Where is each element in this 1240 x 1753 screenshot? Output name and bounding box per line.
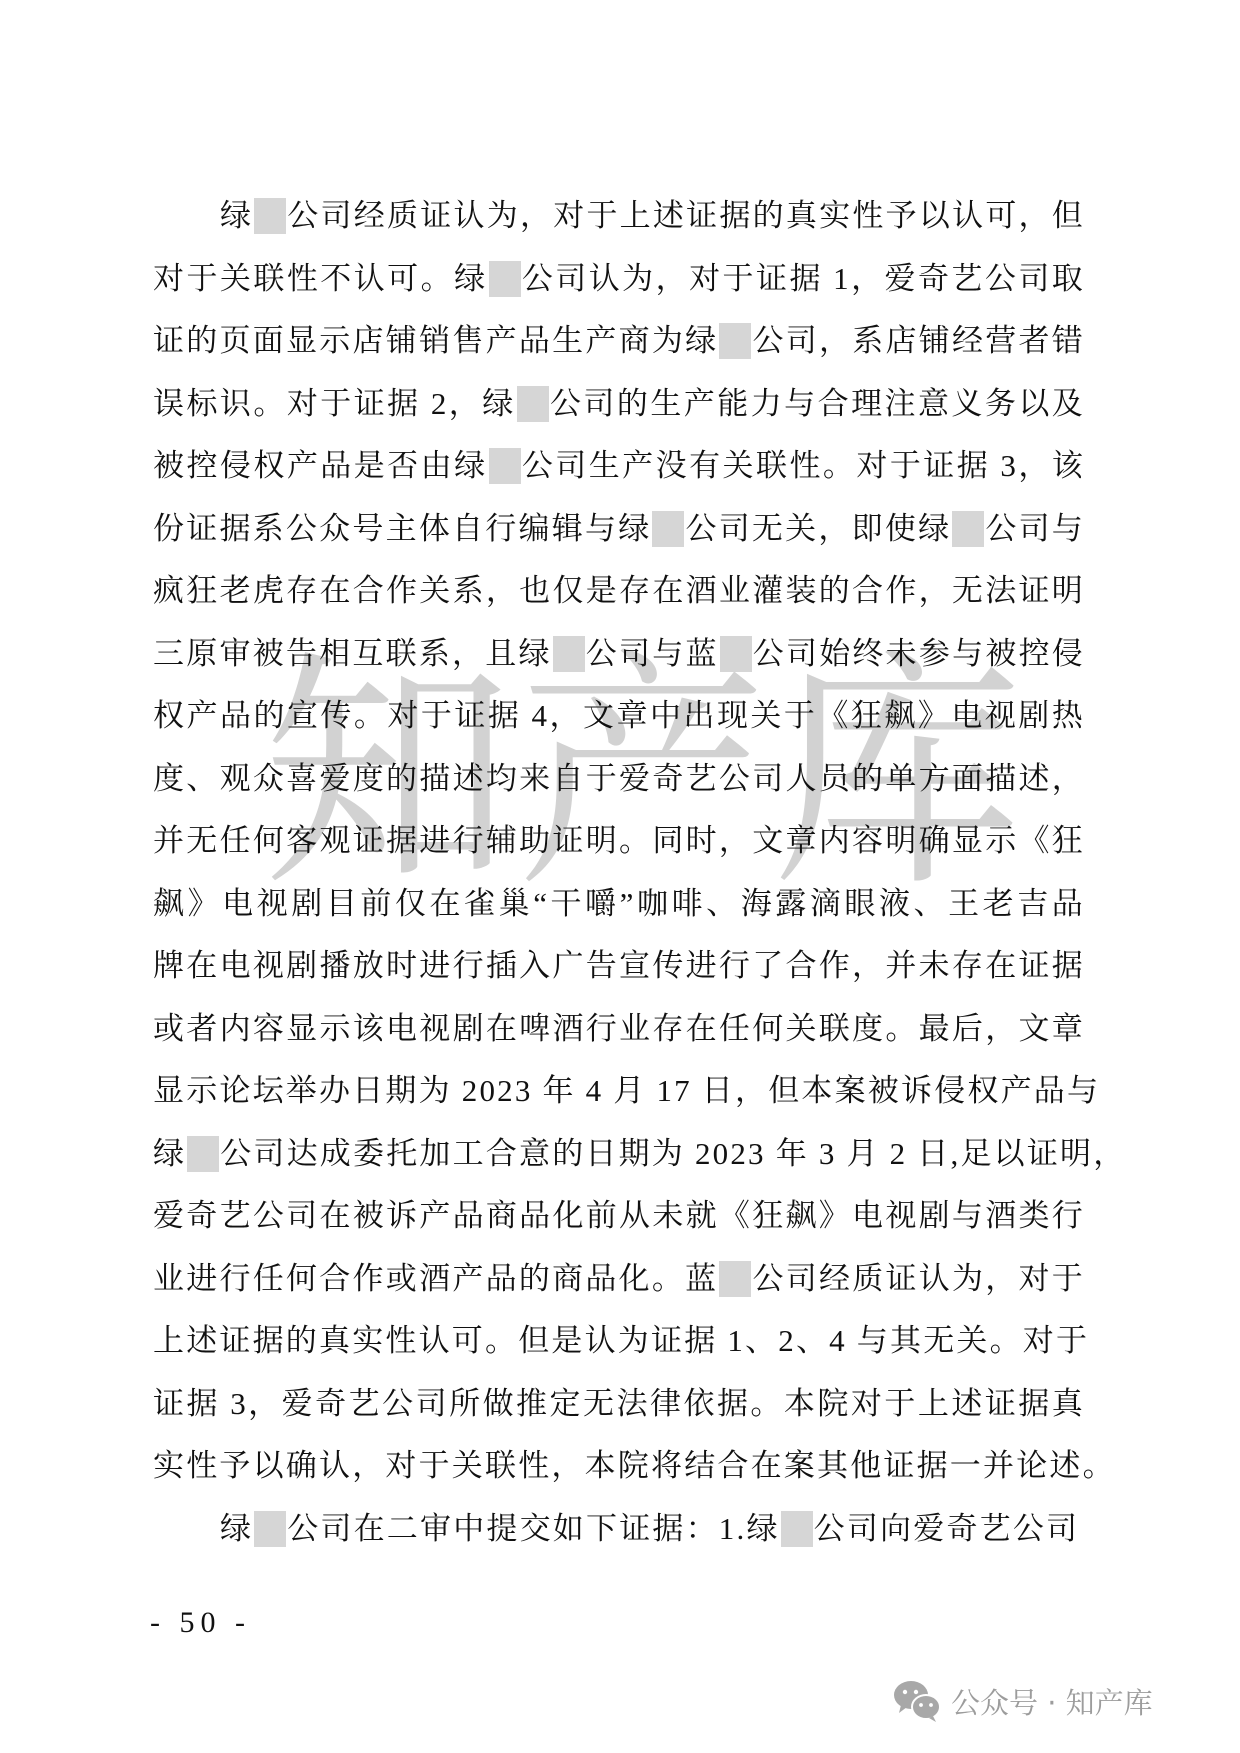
text-line: 绿公司达成委托加工合意的日期为 2023 年 3 月 2 日,足以证明， [153, 1123, 1085, 1186]
text-segment: 公司经质证认为，对于 [752, 1261, 1085, 1296]
text-line: 牌在电视剧播放时进行插入广告宣传进行了合作，并未存在证据 [153, 935, 1085, 998]
text-line: 飙》电视剧目前仅在雀巢“干嚼”咖啡、海露滴眼液、王老吉品 [153, 873, 1085, 936]
text-line: 份证据系公众号主体自行编辑与绿公司无关，即使绿公司与 [153, 498, 1085, 561]
text-segment: 疯狂老虎存在合作关系，也仅是存在酒业灌装的合作，无法证明 [153, 573, 1085, 608]
text-segment: 公司达成委托加工合意的日期为 2023 年 3 月 2 日,足以证明， [220, 1136, 1126, 1171]
text-segment: 公司向爱奇艺公司 [814, 1511, 1080, 1546]
redaction-block [952, 511, 984, 547]
text-segment: 公司的生产能力与合理注意义务以及 [550, 386, 1085, 421]
text-line: 实性予以确认，对于关联性，本院将结合在案其他证据一并论述。 [153, 1435, 1085, 1498]
text-segment: 公司，系店铺经营者错 [752, 323, 1085, 358]
redaction-block [517, 386, 549, 422]
redaction-block [187, 1136, 219, 1172]
text-line: 爱奇艺公司在被诉产品商品化前从未就《狂飙》电视剧与酒类行 [153, 1185, 1085, 1248]
text-line: 疯狂老虎存在合作关系，也仅是存在酒业灌装的合作，无法证明 [153, 560, 1085, 623]
text-segment: 绿 [153, 1136, 186, 1171]
text-line: 业进行任何合作或酒产品的商品化。蓝公司经质证认为，对于 [153, 1248, 1085, 1311]
text-line: 绿公司在二审中提交如下证据：1.绿公司向爱奇艺公司 [153, 1498, 1085, 1561]
text-line: 证的页面显示店铺销售产品生产商为绿公司，系店铺经营者错 [153, 310, 1085, 373]
redaction-block [781, 1511, 813, 1547]
text-segment: 公司与蓝 [586, 636, 719, 671]
text-line: 并无任何客观证据进行辅助证明。同时，文章内容明确显示《狂 [153, 810, 1085, 873]
text-segment: 显示论坛举办日期为 2023 年 4 月 17 日，但本案被诉侵权产品与 [153, 1073, 1100, 1108]
redaction-block [719, 1261, 751, 1297]
text-segment: 实性予以确认，对于关联性，本院将结合在案其他证据一并论述。 [153, 1448, 1116, 1483]
text-line: 误标识。对于证据 2，绿公司的生产能力与合理注意义务以及 [153, 373, 1085, 436]
text-segment: 绿 [220, 1511, 253, 1546]
wechat-icon [893, 1679, 941, 1723]
text-segment: 公司生产没有关联性。对于证据 3，该 [522, 448, 1085, 483]
redaction-block [652, 511, 684, 547]
redaction-block [254, 198, 286, 234]
redaction-block [719, 323, 751, 359]
redaction-block [489, 261, 521, 297]
text-segment: 绿 [220, 198, 253, 233]
page-number: - 50 - [150, 1606, 251, 1640]
text-segment: 或者内容显示该电视剧在啤酒行业存在任何关联度。最后，文章 [153, 1011, 1085, 1046]
text-segment: 飙》电视剧目前仅在雀巢“干嚼”咖啡、海露滴眼液、王老吉品 [153, 886, 1085, 921]
text-segment: 被控侵权产品是否由绿 [153, 448, 488, 483]
text-line: 证据 3，爱奇艺公司所做推定无法律依据。本院对于上述证据真 [153, 1373, 1085, 1436]
text-segment: 公司无关，即使绿 [685, 511, 951, 546]
document-page: 知 产 库 绿公司经质证认为，对于上述证据的真实性予以认可，但对于关联性不认可。… [0, 0, 1240, 1753]
text-line: 显示论坛举办日期为 2023 年 4 月 17 日，但本案被诉侵权产品与 [153, 1060, 1085, 1123]
text-segment: 公司认为，对于证据 1，爱奇艺公司取 [522, 261, 1085, 296]
text-segment: 权产品的宣传。对于证据 4，文章中出现关于《狂飙》电视剧热 [153, 698, 1085, 733]
footer-brand-text: 公众号 · 知产库 [951, 1681, 1153, 1722]
text-line: 绿公司经质证认为，对于上述证据的真实性予以认可，但 [153, 185, 1085, 248]
text-segment: 上述证据的真实性认可。但是认为证据 1、2、4 与其无关。对于 [153, 1323, 1089, 1358]
judgment-body-text: 绿公司经质证认为，对于上述证据的真实性予以认可，但对于关联性不认可。绿公司认为，… [153, 185, 1085, 1560]
wechat-account-footer: 公众号 · 知产库 [893, 1676, 1153, 1726]
redaction-block [489, 448, 521, 484]
redaction-block [553, 636, 585, 672]
text-segment: 业进行任何合作或酒产品的商品化。蓝 [153, 1261, 718, 1296]
redaction-block [254, 1511, 286, 1547]
text-segment: 证据 3，爱奇艺公司所做推定无法律依据。本院对于上述证据真 [153, 1386, 1085, 1421]
text-segment: 三原审被告相互联系，且绿 [153, 636, 552, 671]
text-line: 权产品的宣传。对于证据 4，文章中出现关于《狂飙》电视剧热 [153, 685, 1085, 748]
text-line: 上述证据的真实性认可。但是认为证据 1、2、4 与其无关。对于 [153, 1310, 1085, 1373]
text-line: 三原审被告相互联系，且绿公司与蓝公司始终未参与被控侵 [153, 623, 1085, 686]
text-segment: 公司始终未参与被控侵 [753, 636, 1085, 671]
text-segment: 对于关联性不认可。绿 [153, 261, 488, 296]
text-segment: 误标识。对于证据 2，绿 [153, 386, 516, 421]
text-segment: 并无任何客观证据进行辅助证明。同时，文章内容明确显示《狂 [153, 823, 1085, 858]
text-segment: 度、观众喜爱度的描述均来自于爱奇艺公司人员的单方面描述， [153, 761, 1085, 796]
text-line: 度、观众喜爱度的描述均来自于爱奇艺公司人员的单方面描述， [153, 748, 1085, 811]
text-line: 被控侵权产品是否由绿公司生产没有关联性。对于证据 3，该 [153, 435, 1085, 498]
redaction-block [720, 636, 752, 672]
text-segment: 爱奇艺公司在被诉产品商品化前从未就《狂飙》电视剧与酒类行 [153, 1198, 1085, 1233]
text-segment: 份证据系公众号主体自行编辑与绿 [153, 511, 651, 546]
text-segment: 证的页面显示店铺销售产品生产商为绿 [153, 323, 718, 358]
text-segment: 公司经质证认为，对于上述证据的真实性予以认可，但 [287, 198, 1085, 233]
text-line: 或者内容显示该电视剧在啤酒行业存在任何关联度。最后，文章 [153, 998, 1085, 1061]
text-segment: 公司在二审中提交如下证据：1.绿 [287, 1511, 779, 1546]
text-segment: 牌在电视剧播放时进行插入广告宣传进行了合作，并未存在证据 [153, 948, 1085, 983]
text-line: 对于关联性不认可。绿公司认为，对于证据 1，爱奇艺公司取 [153, 248, 1085, 311]
text-segment: 公司与 [985, 511, 1085, 546]
